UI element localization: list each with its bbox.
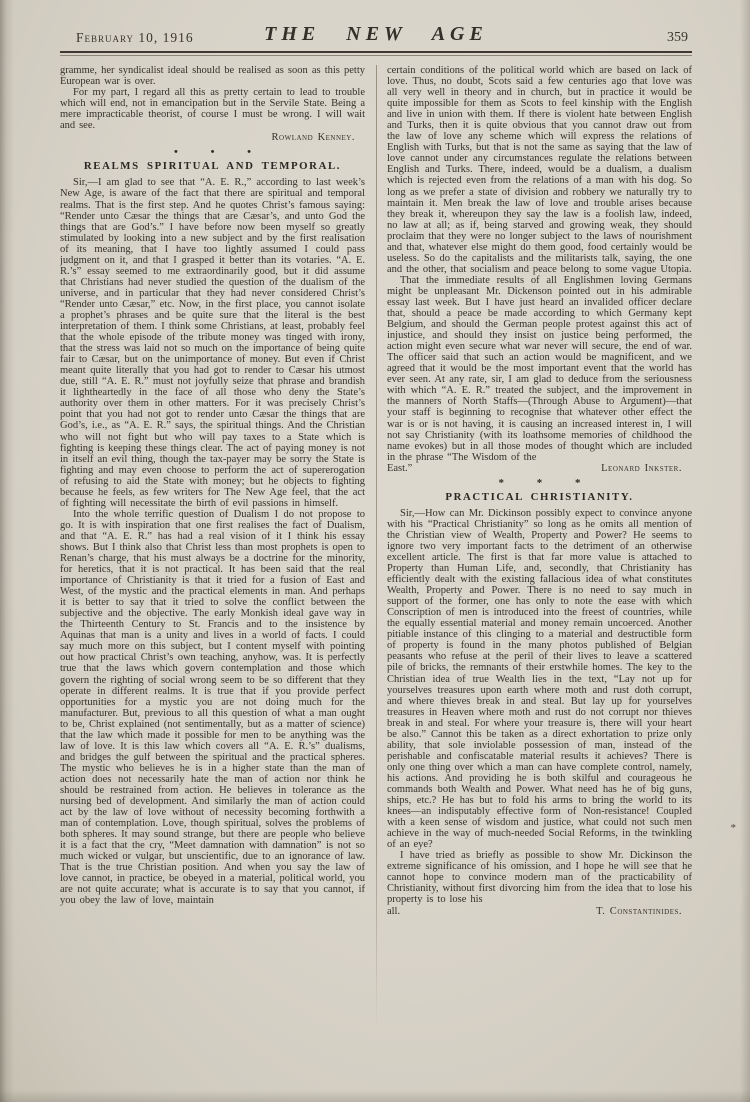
publication-title: THE NEW AGE bbox=[60, 23, 692, 46]
paragraph-last-word: East.” bbox=[387, 463, 412, 474]
section-separator: • • • bbox=[60, 147, 365, 158]
column-divider-rule bbox=[376, 65, 377, 1050]
section-separator: * * * bbox=[387, 478, 692, 489]
right-column: certain conditions of the political worl… bbox=[387, 65, 692, 1065]
paragraph: I have tried as briefly as possible to s… bbox=[387, 850, 692, 905]
letter-heading-practical-christianity: PRACTICAL CHRISTIANITY. bbox=[387, 492, 692, 503]
paragraph: Sir,—I am glad to see that “A. E. R.,” a… bbox=[60, 177, 365, 508]
masthead-rule bbox=[60, 51, 692, 56]
paragraph: Into the whole terrific question of Dual… bbox=[60, 509, 365, 907]
magazine-page: February 10, 1916 THE NEW AGE 359 gramme… bbox=[0, 0, 750, 1102]
text-columns: gramme, her syndicalist ideal should be … bbox=[60, 65, 692, 1065]
letter-heading-realms: REALMS SPIRITUAL AND TEMPORAL. bbox=[60, 161, 365, 172]
left-column: gramme, her syndicalist ideal should be … bbox=[60, 65, 365, 1065]
paragraph-continuation: gramme, her syndicalist ideal should be … bbox=[60, 65, 365, 87]
paragraph: Sir,—How can Mr. Dickinson possibly expe… bbox=[387, 508, 692, 850]
signature-line: East.” Leonard Inkster. bbox=[387, 463, 692, 474]
letter-signature: T. Constantinides. bbox=[596, 906, 692, 917]
paragraph: That the immediate results of all Englis… bbox=[387, 275, 692, 463]
margin-asterisk-mark: * bbox=[731, 822, 737, 834]
paragraph-last-word: all. bbox=[387, 906, 400, 917]
paragraph-continuation: certain conditions of the political worl… bbox=[387, 65, 692, 275]
letter-signature: Leonard Inkster. bbox=[601, 463, 692, 474]
paragraph: For my part, I regard all this as pretty… bbox=[60, 87, 365, 131]
masthead: February 10, 1916 THE NEW AGE 359 bbox=[60, 16, 692, 46]
signature-line: all. T. Constantinides. bbox=[387, 906, 692, 917]
letter-signature: Rowland Kenney. bbox=[60, 132, 365, 143]
